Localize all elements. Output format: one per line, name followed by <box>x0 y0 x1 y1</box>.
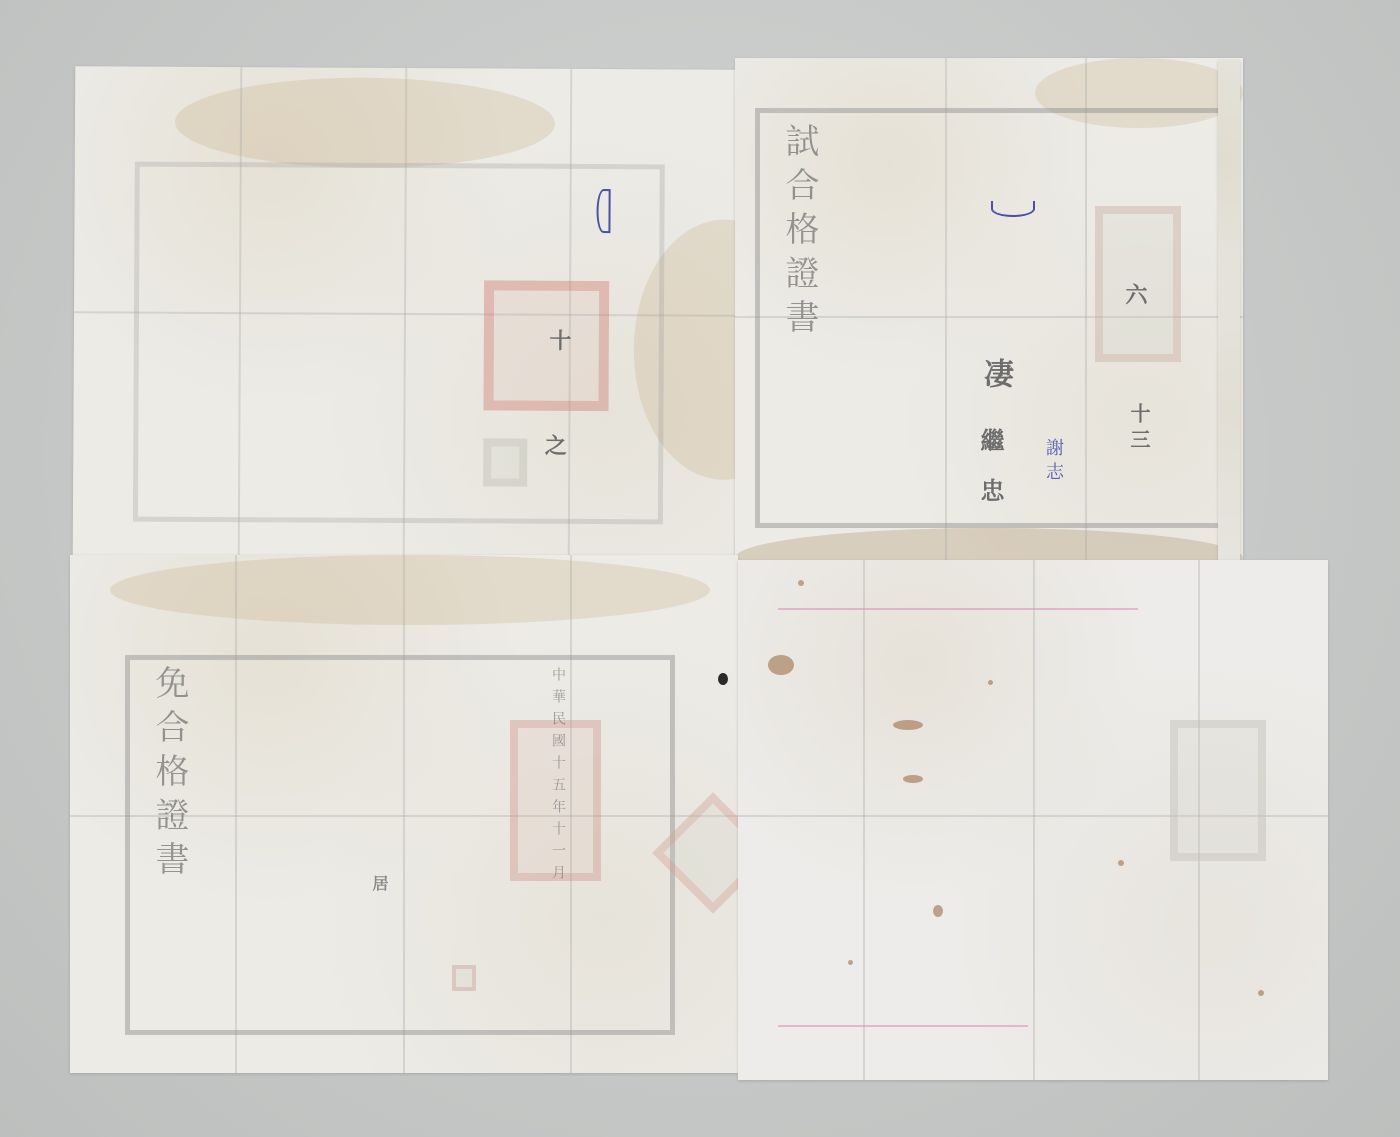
foxing-spot <box>988 680 993 685</box>
certificate-title: 試合格證書 <box>775 123 824 343</box>
blue-oval-stamp <box>596 189 610 233</box>
date-mark: 十三 <box>1125 403 1154 455</box>
foxing-spot <box>903 775 923 783</box>
date-mark: 六 <box>1120 283 1151 311</box>
water-stain <box>175 77 555 169</box>
foxing-spot <box>1118 860 1124 866</box>
pink-border-line <box>778 1025 1028 1027</box>
handwritten-mark: 十 <box>544 329 575 357</box>
foxing-spot <box>848 960 853 965</box>
handwritten-name: 繼 <box>973 428 1008 458</box>
fold-line <box>1033 560 1035 1080</box>
date-line: 中華民國十五年十一月 <box>548 667 568 887</box>
document-bottom-right <box>738 560 1328 1080</box>
water-stain <box>110 555 710 625</box>
handwritten-mark: 之 <box>539 434 570 462</box>
fold-line <box>863 560 865 1080</box>
blue-oval-stamp <box>991 201 1035 217</box>
title-prefix: 試 <box>779 123 819 167</box>
faint-square-seal <box>1170 720 1266 861</box>
document-top-left: 十 之 <box>73 66 738 559</box>
body-text-column <box>825 123 935 503</box>
foxing-spot <box>798 580 804 586</box>
title-text: 合格證書 <box>149 709 189 885</box>
handwritten-name: 凄 <box>973 358 1017 394</box>
title-prefix: 免 <box>149 665 189 709</box>
document-edge-right <box>1218 60 1240 560</box>
foxing-spot <box>1258 990 1264 996</box>
document-top-right: 試合格證書 六 十三 凄 繼 忠 謝志 <box>735 58 1243 570</box>
document-bottom-left: 免合格證書 中華民國十五年十一月 居 <box>70 555 738 1073</box>
handwritten-name: 忠 <box>973 478 1008 508</box>
handwritten-name: 居 <box>368 875 391 897</box>
foxing-spot <box>768 655 794 675</box>
blue-ink-signature: 謝志 <box>1040 438 1066 486</box>
certificate-title: 免合格證書 <box>145 665 194 885</box>
foxing-spot <box>893 720 923 730</box>
small-seal <box>452 965 476 991</box>
body-text-column <box>205 675 295 1015</box>
title-text: 合格證書 <box>779 167 819 343</box>
pink-border-line <box>778 608 1138 610</box>
foxing-spot <box>933 905 943 917</box>
small-seal <box>483 438 527 486</box>
foxing-spot <box>718 673 728 685</box>
